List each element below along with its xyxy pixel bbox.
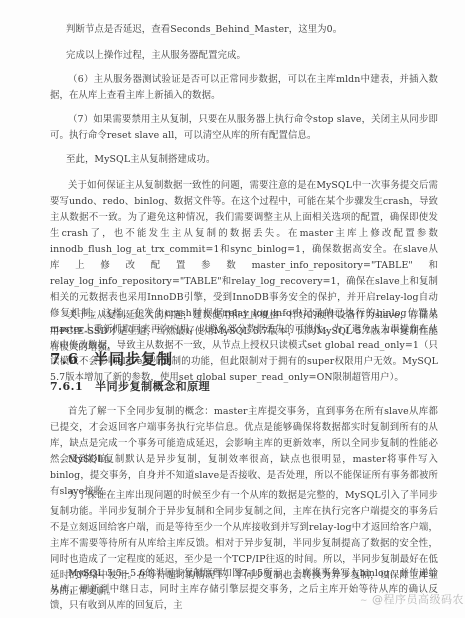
paragraph-seconds-behind-master: 判断节点是否延迟，查看Seconds_Behind_Master，这里为0。 bbox=[66, 22, 438, 38]
section-title: 半同步复制 bbox=[93, 350, 173, 368]
subsection-title: 半同步复制概念和原理 bbox=[95, 380, 210, 393]
paragraph-step-7: （7）如果需要禁用主从复制，只要在从服务器上执行命令stop slave，关闭主… bbox=[50, 112, 438, 144]
watermark: ∼@程序员高级码农 bbox=[360, 591, 464, 607]
paragraph-setup-success: 至此，MySQL主从复制搭建成功。 bbox=[66, 152, 438, 168]
weibo-icon: ∼ bbox=[360, 596, 370, 606]
section-heading: 7.6半同步复制 bbox=[50, 348, 173, 369]
paragraph-config-complete: 完成以上操作过程，主从服务器配置完成。 bbox=[66, 48, 438, 64]
document-page: 判断节点是否延迟，查看Seconds_Behind_Master，这里为0。 完… bbox=[0, 0, 465, 618]
subsection-number: 7.6.1 bbox=[50, 380, 83, 393]
section-number: 7.6 bbox=[50, 350, 79, 368]
watermark-text: @程序员高级码农 bbox=[372, 593, 464, 606]
subsection-heading: 7.6.1半同步复制概念和原理 bbox=[50, 378, 210, 394]
paragraph-step-6: （6）主从服务器测试验证是否可以正常同步数据，可以在主库mldn中建表，并插入数… bbox=[50, 72, 438, 104]
